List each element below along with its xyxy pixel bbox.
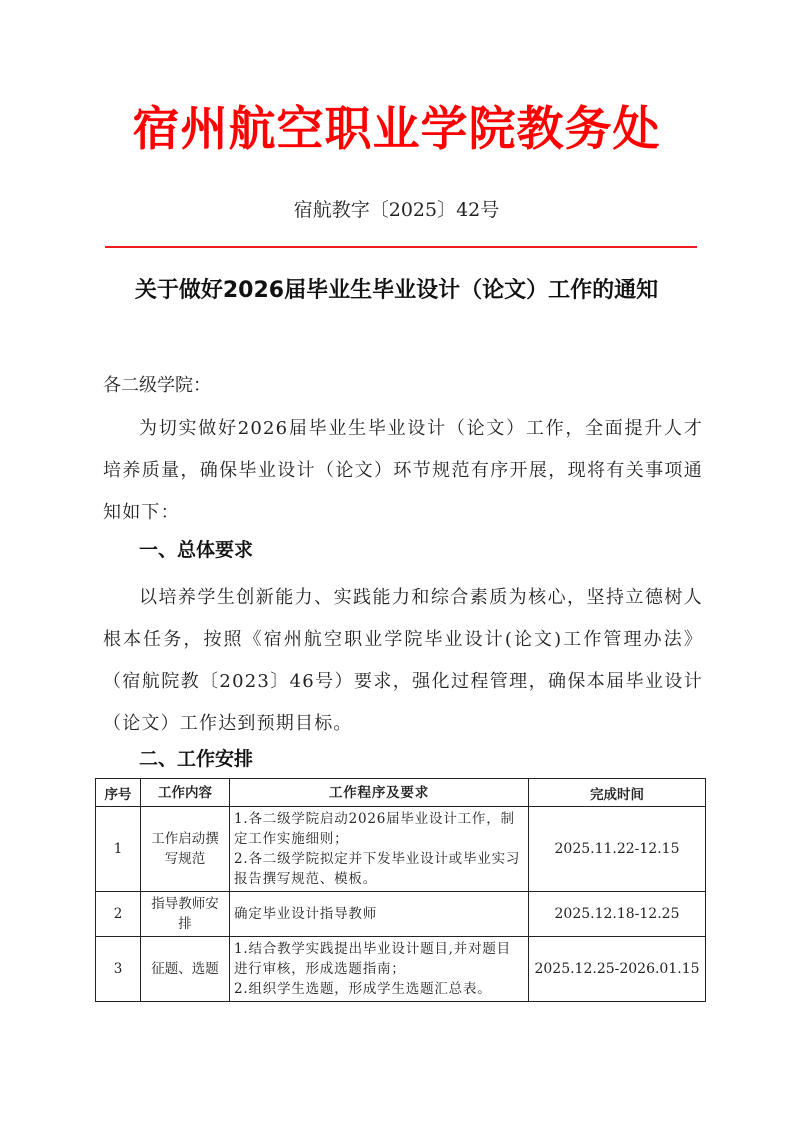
procedure-item: 2.各二级学院拟定并下发毕业设计或毕业实习报告撰写规范、模板。 bbox=[234, 849, 524, 889]
row-procedure: 1.结合教学实践提出毕业设计题目,并对题目进行审核，形成选题指南； 2.组织学生… bbox=[230, 937, 529, 1002]
schedule-table: 序号 工作内容 工作程序及要求 完成时间 1 工作启动撰写规范 1.各二级学院启… bbox=[95, 778, 706, 1002]
row-procedure: 确定毕业设计指导教师 bbox=[230, 892, 529, 937]
procedure-item: 1.各二级学院启动2026届毕业设计工作，制定工作实施细则； bbox=[234, 809, 524, 849]
table-row: 3 征题、选题 1.结合教学实践提出毕业设计题目,并对题目进行审核，形成选题指南… bbox=[96, 937, 706, 1002]
red-divider-line bbox=[105, 246, 697, 248]
procedure-item: 1.结合教学实践提出毕业设计题目,并对题目进行审核，形成选题指南； bbox=[234, 939, 524, 979]
procedure-item: 确定毕业设计指导教师 bbox=[234, 904, 524, 924]
row-procedure: 1.各二级学院启动2026届毕业设计工作，制定工作实施细则； 2.各二级学院拟定… bbox=[230, 807, 529, 892]
row-time: 2025.11.22-12.15 bbox=[529, 807, 706, 892]
row-content: 征题、选题 bbox=[141, 937, 230, 1002]
header-content: 工作内容 bbox=[141, 779, 230, 807]
row-no: 3 bbox=[96, 937, 141, 1002]
row-time: 2025.12.25-2026.01.15 bbox=[529, 937, 706, 1002]
document-number: 宿航教字〔2025〕42号 bbox=[0, 196, 793, 224]
table-row: 2 指导教师安排 确定毕业设计指导教师 2025.12.18-12.25 bbox=[96, 892, 706, 937]
header-procedure: 工作程序及要求 bbox=[230, 779, 529, 807]
organization-masthead: 宿州航空职业学院教务处 bbox=[0, 100, 793, 160]
general-requirements-paragraph: 以培养学生创新能力、实践能力和综合素质为核心，坚持立德树人根本任务，按照《宿州航… bbox=[103, 577, 703, 745]
procedure-item: 2.组织学生选题，形成学生选题汇总表。 bbox=[234, 979, 524, 999]
section-heading-work-arrangement: 二、工作安排 bbox=[139, 744, 253, 774]
table-header-row: 序号 工作内容 工作程序及要求 完成时间 bbox=[96, 779, 706, 807]
section-heading-general-requirements: 一、总体要求 bbox=[139, 535, 253, 565]
row-no: 2 bbox=[96, 892, 141, 937]
salutation: 各二级学院： bbox=[103, 365, 703, 407]
row-time: 2025.12.18-12.25 bbox=[529, 892, 706, 937]
header-no: 序号 bbox=[96, 779, 141, 807]
header-time: 完成时间 bbox=[529, 779, 706, 807]
row-no: 1 bbox=[96, 807, 141, 892]
table-row: 1 工作启动撰写规范 1.各二级学院启动2026届毕业设计工作，制定工作实施细则… bbox=[96, 807, 706, 892]
row-content: 工作启动撰写规范 bbox=[141, 807, 230, 892]
notice-title: 关于做好2026届毕业生毕业设计（论文）工作的通知 bbox=[0, 274, 793, 308]
intro-paragraph: 为切实做好2026届毕业生毕业设计（论文）工作，全面提升人才培养质量，确保毕业设… bbox=[103, 408, 703, 534]
row-content: 指导教师安排 bbox=[141, 892, 230, 937]
